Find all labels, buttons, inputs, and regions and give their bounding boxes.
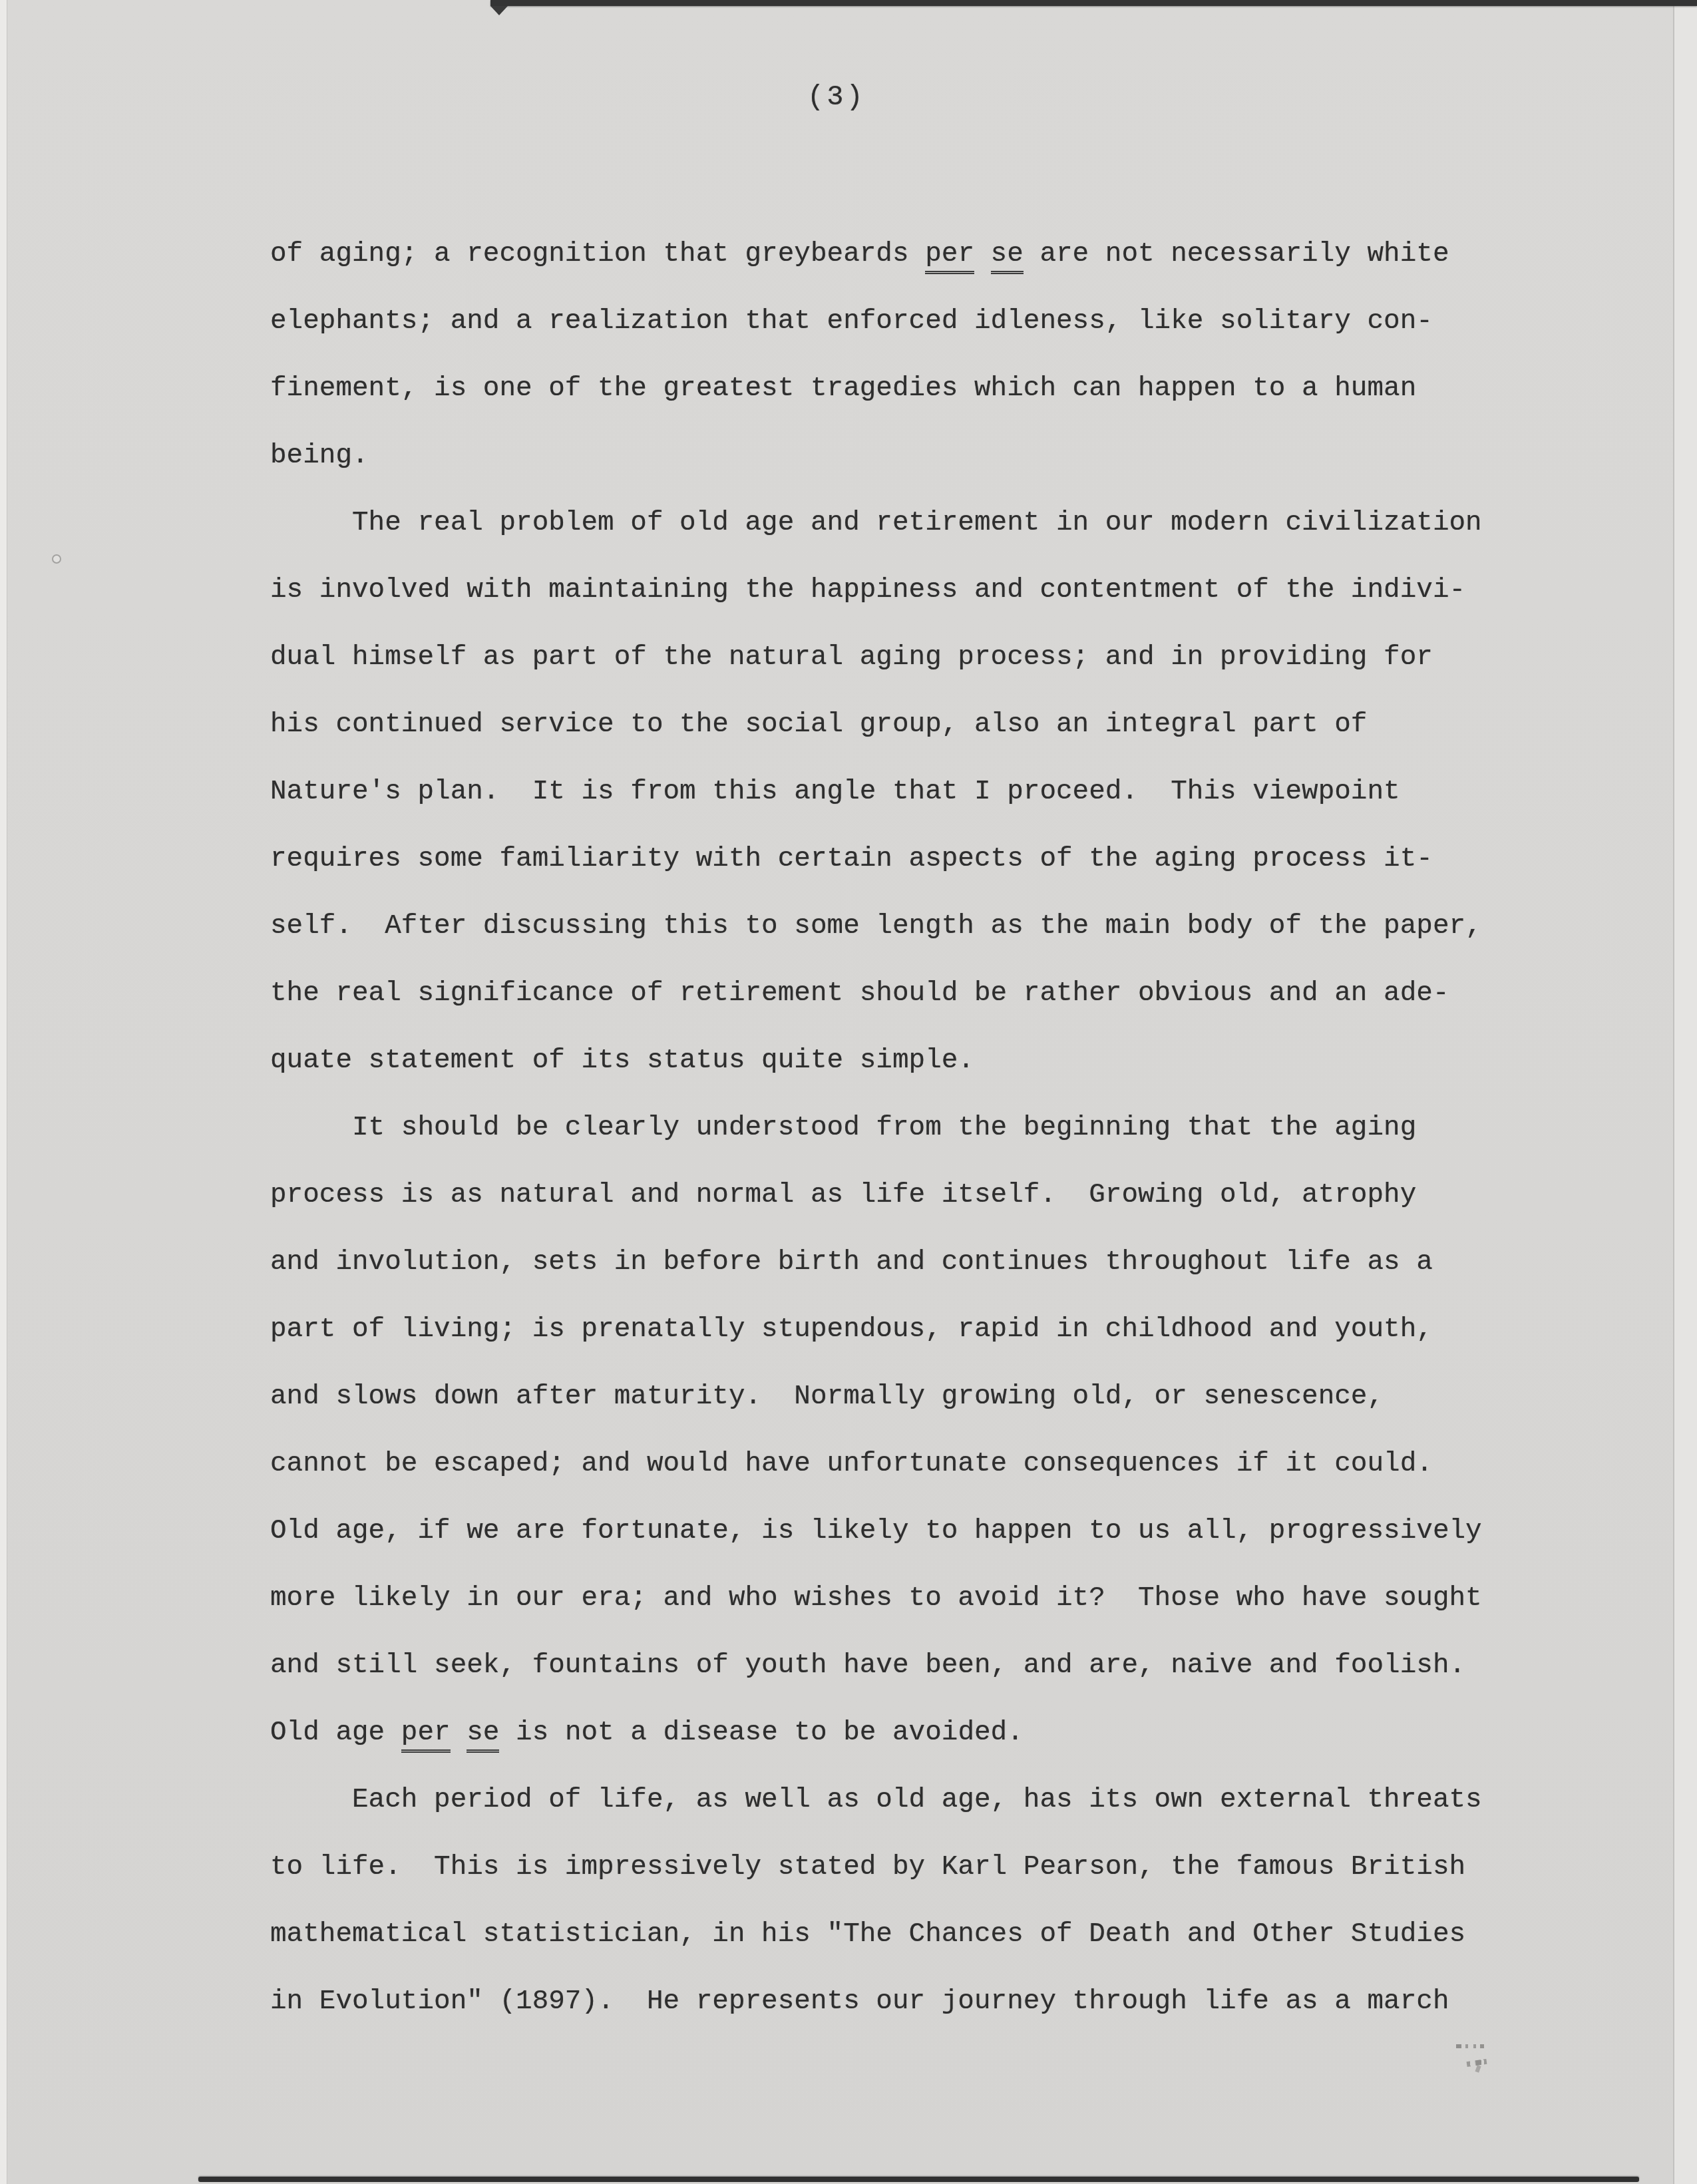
text-line: requires some familiarity with certain a… [270,826,1588,893]
text-line: elephants; and a realization that enforc… [270,288,1588,355]
text-segment: and still seek, fountains of youth have … [270,1650,1465,1681]
text-segment: and involution, sets in before birth and… [270,1247,1433,1278]
text-segment: self. After discussing this to some leng… [270,911,1482,942]
underlined-text: se [991,239,1024,274]
text-segment: process is as natural and normal as life… [270,1180,1416,1210]
document-text: of aging; a recognition that greybeards … [270,221,1588,2036]
text-line: the real significance of retirement shou… [270,960,1588,1027]
text-segment: in Evolution" (1897). He represents our … [270,1986,1449,2017]
paragraph: It should be clearly understood from the… [270,1095,1588,1767]
paragraph: of aging; a recognition that greybeards … [270,221,1588,490]
text-segment: The real problem of old age and retireme… [270,508,1482,538]
underlined-text: per [925,239,974,274]
underlined-text: per [401,1718,451,1753]
text-line: in Evolution" (1897). He represents our … [270,1968,1588,2036]
text-line: of aging; a recognition that greybeards … [270,221,1588,288]
text-segment: and slows down after maturity. Normally … [270,1381,1384,1412]
text-segment: cannot be escaped; and would have unfort… [270,1449,1433,1479]
text-segment [974,239,991,270]
scan-smudge [1475,2065,1481,2072]
text-line: to life. This is impressively stated by … [270,1834,1588,1901]
text-segment: finement, is one of the greatest tragedi… [270,373,1416,404]
text-line: quate statement of its status quite simp… [270,1027,1588,1095]
text-line: The real problem of old age and retireme… [270,490,1588,557]
text-line: his continued service to the social grou… [270,691,1588,759]
text-segment: of aging; a recognition that greybeards [270,239,925,270]
text-segment: requires some familiarity with certain a… [270,844,1433,874]
scan-artifact-top-band [490,0,1697,6]
text-line: more likely in our era; and who wishes t… [270,1565,1588,1632]
text-segment: are not necessarily white [1024,239,1449,270]
scan-smudge [1456,2044,1484,2048]
document-page: (3) of aging; a recognition that greybea… [0,0,1697,2184]
scan-artifact-bottom-band [198,2177,1639,2182]
text-segment: Old age [270,1718,401,1748]
text-segment [451,1718,467,1748]
text-line: and still seek, fountains of youth have … [270,1632,1588,1700]
text-segment: It should be clearly understood from the… [270,1113,1416,1143]
text-line: part of living; is prenatally stupendous… [270,1296,1588,1364]
text-segment: is involved with maintaining the happine… [270,575,1465,606]
text-line: Old age, if we are fortunate, is likely … [270,1498,1588,1565]
text-line: is involved with maintaining the happine… [270,557,1588,624]
text-line: Old age per se is not a disease to be av… [270,1700,1588,1767]
text-line: Each period of life, as well as old age,… [270,1767,1588,1834]
text-segment: Nature's plan. It is from this angle tha… [270,777,1400,807]
text-line: It should be clearly understood from the… [270,1095,1588,1162]
text-segment: Each period of life, as well as old age,… [270,1785,1482,1815]
text-line: dual himself as part of the natural agin… [270,624,1588,691]
text-segment: part of living; is prenatally stupendous… [270,1314,1433,1345]
text-line: self. After discussing this to some leng… [270,893,1588,960]
text-segment: being. [270,441,369,471]
text-segment: mathematical statistician, in his "The C… [270,1919,1465,1950]
text-line: cannot be escaped; and would have unfort… [270,1431,1588,1498]
text-line: mathematical statistician, in his "The C… [270,1901,1588,1968]
scan-artifact-top-notch [490,6,508,15]
page-number: (3) [807,81,866,113]
text-line: being. [270,423,1588,490]
text-segment: his continued service to the social grou… [270,709,1367,740]
text-line: and slows down after maturity. Normally … [270,1364,1588,1431]
paragraph: The real problem of old age and retireme… [270,490,1588,1095]
paragraph: Each period of life, as well as old age,… [270,1767,1588,2036]
underlined-text: se [467,1718,499,1753]
text-segment: dual himself as part of the natural agin… [270,642,1433,673]
text-segment: Old age, if we are fortunate, is likely … [270,1516,1482,1547]
text-segment: to life. This is impressively stated by … [270,1852,1465,1883]
text-segment: elephants; and a realization that enforc… [270,306,1433,337]
text-segment: is not a disease to be avoided. [499,1718,1023,1748]
text-line: Nature's plan. It is from this angle tha… [270,759,1588,826]
text-line: process is as natural and normal as life… [270,1162,1588,1229]
scan-edge-left [0,0,7,2184]
text-line: and involution, sets in before birth and… [270,1229,1588,1296]
scan-edge-right [1673,0,1697,2184]
text-segment: more likely in our era; and who wishes t… [270,1583,1482,1614]
text-line: finement, is one of the greatest tragedi… [270,355,1588,423]
text-segment: quate statement of its status quite simp… [270,1045,974,1076]
scan-speck [52,554,61,564]
text-segment: the real significance of retirement shou… [270,978,1449,1009]
